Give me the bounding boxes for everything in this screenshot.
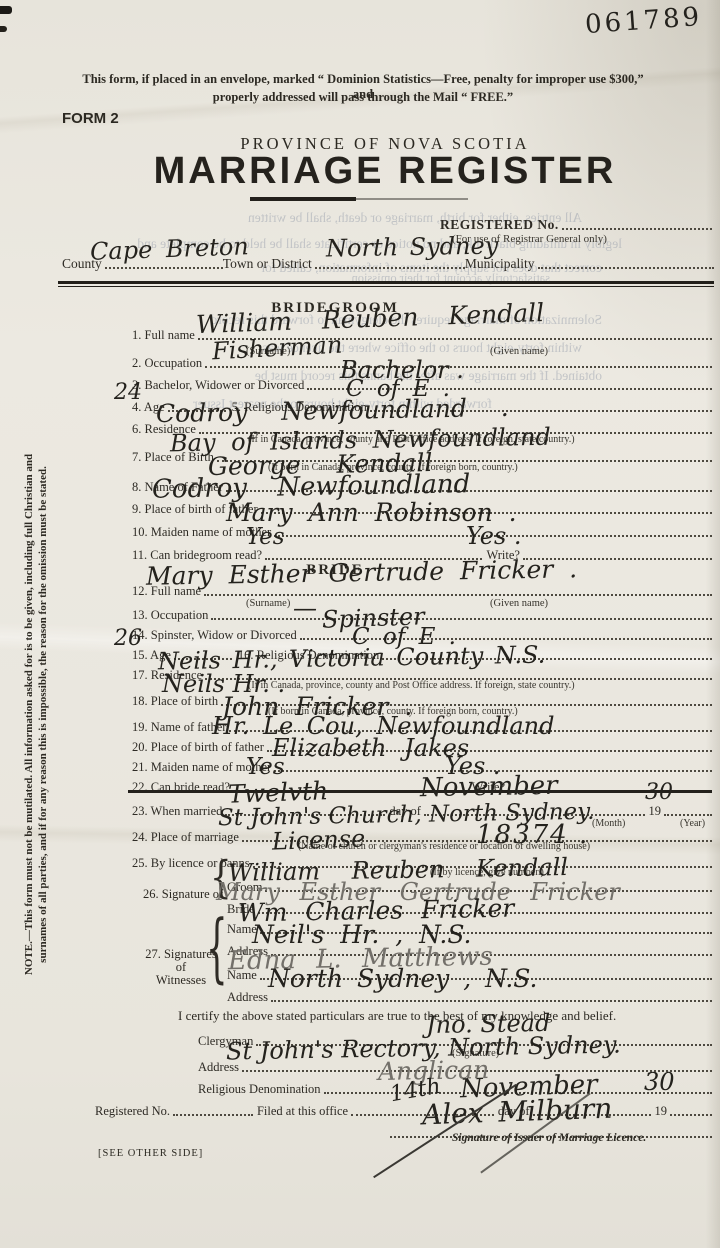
page-title: MARRIAGE REGISTER <box>80 150 690 193</box>
dotted-line <box>670 1114 712 1116</box>
dotted-line <box>315 267 465 269</box>
registered-no-label: Registered No. <box>95 1105 173 1118</box>
see-other-side: [SEE OTHER SIDE] <box>98 1148 203 1159</box>
form-number: FORM 2 <box>62 110 119 127</box>
bride-age: 26 <box>114 628 142 650</box>
married-year: 30 <box>645 782 673 804</box>
dotted-line <box>664 814 712 816</box>
groom-can-write: Yes . <box>466 524 522 548</box>
licence-number: 18374 . <box>476 822 589 848</box>
q2-label: 2. Occupation <box>132 357 205 370</box>
q3-label: 3. Bachelor, Widower or Divorced <box>132 379 307 392</box>
licence-or-banns: License <box>272 826 366 853</box>
witness2-address: North Sydney , N.S. <box>268 966 538 991</box>
marriage-register-form: All entries, either for birth, marriage … <box>0 0 720 1248</box>
filed-label: Filed at this office <box>253 1105 351 1118</box>
year-prefix: 19 <box>651 1105 671 1118</box>
year-prefix: 19 <box>645 805 665 818</box>
dotted-line <box>271 1000 712 1002</box>
county-value: Cape Breton <box>90 234 249 264</box>
dotted-line <box>562 228 712 230</box>
section-divider <box>58 281 714 287</box>
q14-label: 14. Spinster, Widow or Divorced <box>132 629 300 642</box>
married-day: Twelvth <box>228 778 329 806</box>
dotted-line <box>538 267 714 269</box>
margin-note-line2: surnames of all parties, and if for any … <box>36 427 50 1002</box>
margin-note-line1: NOTE.—This form must not be mutilated. A… <box>22 427 36 1002</box>
address-label: Address <box>227 991 271 1004</box>
issuer-signature: Alex Milburn <box>422 1095 613 1130</box>
q20-label: 20. Place of birth of father <box>132 741 267 754</box>
town-value: North Sydney <box>326 233 499 260</box>
title-underline <box>250 197 356 201</box>
bride-mother: Elizabeth Jakes <box>272 736 469 760</box>
dotted-line <box>211 618 712 620</box>
issuer-signature-label: Signature of Issuer of Marriage Licence. <box>452 1132 646 1144</box>
mailing-notice-line2: properly addressed will pass through the… <box>78 90 648 105</box>
bride-residence: Neils Hr., Victoria County N.S. <box>158 643 546 674</box>
registered-no-label: REGISTERED No. <box>440 218 562 232</box>
religious-denomination-label: Religious Denomination <box>198 1083 324 1096</box>
registered-no-row: REGISTERED No. <box>440 214 712 231</box>
dotted-line <box>204 594 712 596</box>
groom-residence: Codroy Newfoundland . <box>156 395 509 426</box>
bride-can-read: Yes <box>246 756 285 779</box>
q24-label: 24. Place of marriage <box>132 831 242 844</box>
paper-edge-mark <box>0 26 7 32</box>
serial-number: 061789 <box>584 4 703 38</box>
married-month: November <box>420 773 558 801</box>
dotted-line <box>105 267 223 269</box>
groom-can-read: Yes <box>246 526 285 549</box>
groom-age: 24 <box>114 382 142 404</box>
dotted-line <box>173 1114 253 1116</box>
brace-27: { <box>206 912 228 987</box>
q13-label: 13. Occupation <box>132 609 211 622</box>
paper-edge-mark <box>0 6 12 14</box>
margin-note: NOTE.—This form must not be mutilated. A… <box>22 427 50 1002</box>
certify-statement: I certify the above stated particulars a… <box>178 1008 616 1024</box>
filed-year: 30 <box>644 1070 675 1094</box>
q1-label: 1. Full name <box>132 329 198 342</box>
groom-occupation: Fisherman <box>211 333 342 364</box>
bride-occupation: — <box>293 596 317 620</box>
bride-full-name: Mary Esther Gertrude Fricker . <box>146 556 577 589</box>
title-underline-faint <box>356 198 468 200</box>
q23-label: 23. When married <box>132 805 225 818</box>
